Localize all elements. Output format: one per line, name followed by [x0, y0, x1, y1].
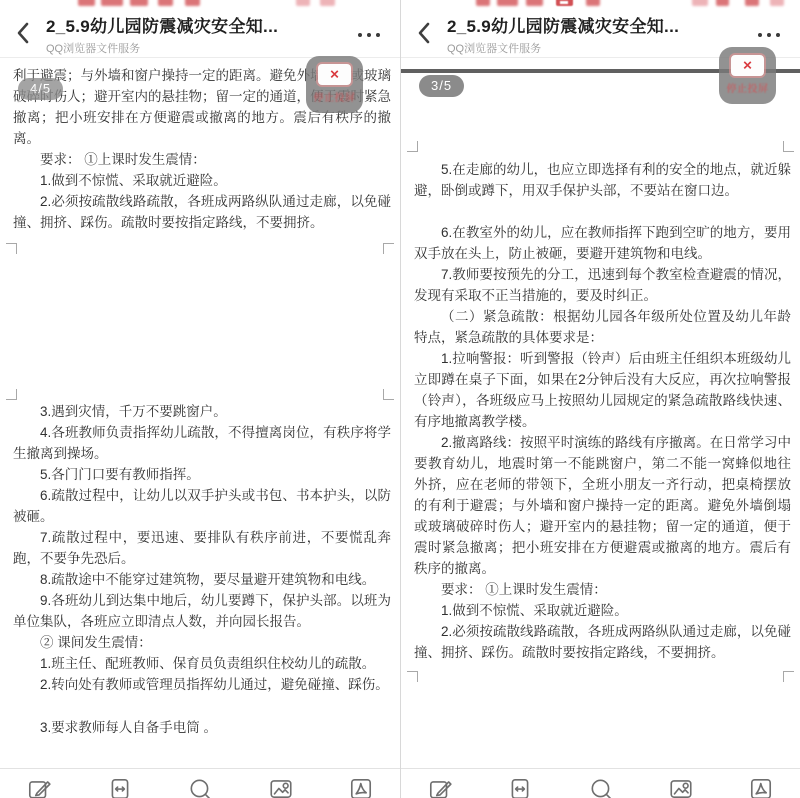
document-title: 2_5.9幼儿园防震减灾安全知...	[46, 12, 330, 37]
doc-paragraph: 1.做到不惊慌、采取就近避险。	[414, 600, 791, 621]
image-extract-icon[interactable]	[268, 776, 294, 798]
search-icon[interactable]	[588, 776, 614, 798]
doc-paragraph: 2.转向处有教师或管理员指挥幼儿通过，避免碰撞、踩伤。	[13, 674, 391, 695]
page-corner-mark	[6, 243, 17, 254]
stop-cast-button[interactable]: ✕ 停止投屏	[306, 56, 363, 113]
doc-paragraph: （二）紧急疏散：根据幼儿园各年级所处位置及幼儿年龄特点，紧急疏散的具体要求是：	[414, 306, 791, 348]
banner-fragment	[497, 0, 518, 6]
doc-paragraph: 3.要求教师每人自备手电筒 。	[13, 717, 391, 738]
banner-fragment	[320, 0, 335, 6]
page-corner-mark	[383, 243, 394, 254]
close-x-icon: ✕	[742, 59, 752, 71]
banner-fragment	[586, 0, 600, 6]
banner-fragment	[158, 0, 173, 6]
banner-fragment	[770, 0, 784, 6]
doc-paragraph: 3.遇到灾情，千万不要跳窗户。	[13, 401, 391, 422]
banner-fragment	[185, 0, 200, 6]
banner-fragment	[101, 0, 123, 6]
doc-paragraph: 2.撤离路线：按照平时演练的路线有序撤离。在日常学习中要教育幼儿，地震时第一不能…	[414, 432, 791, 579]
title-block: 2_5.9幼儿园防震减灾安全知... QQ浏览器文件服务	[46, 12, 330, 56]
doc-paragraph: 4.各班教师负责指挥幼儿疏散，不得擅离岗位，有秩序将学生撤离到操场。	[13, 422, 391, 464]
cast-screen-icon: ✕	[318, 64, 351, 85]
back-button[interactable]	[10, 19, 38, 47]
banner-fragment	[745, 0, 759, 6]
dot-icon	[367, 33, 371, 37]
page-width-icon[interactable]	[507, 776, 533, 798]
search-icon[interactable]	[187, 776, 213, 798]
banner-fragment	[526, 0, 543, 6]
viewer-panel-left: 2_5.9幼儿园防震减灾安全知... QQ浏览器文件服务 4/5 ✕ 停止投屏 …	[0, 0, 400, 798]
cutoff-banner-strip	[0, 0, 800, 9]
page-corner-mark	[6, 389, 17, 400]
document-scroll-area[interactable]: 5.在走廊的幼儿，也应立即选择有利的安全的地点，就近躲避，卧倒或蹲下，用双手保护…	[401, 59, 800, 768]
annotate-icon[interactable]	[26, 776, 52, 798]
page-width-icon[interactable]	[107, 776, 133, 798]
banner-fragment	[296, 0, 310, 6]
page-corner-mark	[783, 671, 794, 682]
pdf-export-icon[interactable]	[348, 776, 374, 798]
doc-paragraph: 5.各门门口要有教师指挥。	[13, 464, 391, 485]
doc-paragraph: 1.拉响警报：听到警报（铃声）后由班主任组织本班级幼儿立即蹲在桌子下面，如果在2…	[414, 348, 791, 432]
doc-paragraph: 7.教师要按预先的分工，迅速到每个教室检查避震的情况，发现有采取不正当措施的，要…	[414, 264, 791, 306]
banner-fragment	[476, 0, 490, 6]
annotate-icon[interactable]	[427, 776, 453, 798]
page-bottom-marks	[414, 671, 791, 683]
document-scroll-area[interactable]: 利于避震；与外墙和窗户操持一定的距离。避免外墙倒塌或玻璃破碎时伤人；避开室内的悬…	[0, 59, 400, 768]
doc-paragraph: 6.疏散过程中，让幼儿以双手护头或书包、书本护头，以防被砸。	[13, 485, 391, 527]
page-break-gap	[13, 243, 391, 401]
doc-paragraph: 1.班主任、配班教师、保育员负责组织住校幼儿的疏散。	[13, 653, 391, 674]
page-corner-mark	[407, 671, 418, 682]
header: 2_5.9幼儿园防震减灾安全知... QQ浏览器文件服务	[0, 7, 400, 58]
doc-paragraph: 要求： ①上课时发生震情：	[414, 579, 791, 600]
dot-icon	[767, 33, 771, 37]
page-corner-mark	[407, 141, 418, 152]
pdf-export-icon[interactable]	[748, 776, 774, 798]
chevron-left-icon	[10, 19, 38, 47]
back-button[interactable]	[411, 19, 439, 47]
bottom-toolbar	[401, 768, 800, 798]
document-source: QQ浏览器文件服务	[46, 40, 330, 56]
more-menu-button[interactable]	[354, 29, 384, 41]
doc-paragraph: 要求： ①上课时发生震情：	[13, 149, 391, 170]
page-corner-mark	[383, 389, 394, 400]
doc-paragraph: 9.各班幼儿到达集中地后，幼儿要蹲下，保护头部。以班为单位集队，各班应立即清点人…	[13, 590, 391, 632]
stop-cast-label: 停止投屏	[727, 80, 769, 95]
page-top-marks	[414, 141, 791, 153]
viewer-panel-right: 2_5.9幼儿园防震减灾安全知... QQ浏览器文件服务 3/5 ✕ 停止投屏 …	[400, 0, 800, 798]
stop-cast-button[interactable]: ✕ 停止投屏	[719, 47, 776, 104]
more-menu-button[interactable]	[754, 29, 784, 41]
banner-fragment	[130, 0, 148, 6]
chevron-left-icon	[411, 19, 439, 47]
close-x-icon: ✕	[329, 68, 339, 80]
page-number-badge: 3/5	[419, 75, 464, 97]
doc-paragraph: 8.疏散途中不能穿过建筑物，要尽量避开建筑物和电线。	[13, 569, 391, 590]
cast-screen-icon: ✕	[731, 55, 764, 76]
doc-paragraph: 1.做到不惊慌、采取就近避险。	[13, 170, 391, 191]
doc-paragraph: 5.在走廊的幼儿，也应立即选择有利的安全的地点，就近躲避，卧倒或蹲下，用双手保护…	[414, 159, 791, 201]
doc-paragraph: 2.必须按疏散线路疏散，各班成两路纵队通过走廊，以免碰撞、拥挤、踩伤。疏散时要按…	[414, 621, 791, 663]
banner-fragment	[78, 0, 95, 6]
document-source: QQ浏览器文件服务	[447, 40, 730, 56]
doc-paragraph: 7.疏散过程中，要迅速、要排队有秩序前进，不要慌乱奔跑，不要争先恐后。	[13, 527, 391, 569]
app-screen: 2_5.9幼儿园防震减灾安全知... QQ浏览器文件服务 4/5 ✕ 停止投屏 …	[0, 0, 800, 798]
doc-paragraph: 2.必须按疏散线路疏散，各班成两路纵队通过走廊，以免碰撞、拥挤、踩伤。疏散时要按…	[13, 191, 391, 233]
banner-fragment	[556, 0, 573, 6]
image-extract-icon[interactable]	[668, 776, 694, 798]
banner-fragment	[692, 0, 708, 6]
stop-cast-label: 停止投屏	[314, 89, 356, 104]
dot-icon	[758, 33, 762, 37]
doc-paragraph: 6.在教室外的幼儿，应在教师指挥下跑到空旷的地方，要用双手放在头上，防止被砸，要…	[414, 222, 791, 264]
dot-icon	[776, 33, 780, 37]
bottom-toolbar	[0, 768, 400, 798]
document-title: 2_5.9幼儿园防震减灾安全知...	[447, 12, 730, 37]
page-number-badge: 4/5	[18, 78, 63, 100]
doc-paragraph: ② 课间发生震情：	[13, 632, 391, 653]
page-corner-mark	[783, 141, 794, 152]
title-block: 2_5.9幼儿园防震减灾安全知... QQ浏览器文件服务	[447, 12, 730, 56]
dot-icon	[358, 33, 362, 37]
dot-icon	[376, 33, 380, 37]
banner-fragment	[716, 0, 729, 6]
